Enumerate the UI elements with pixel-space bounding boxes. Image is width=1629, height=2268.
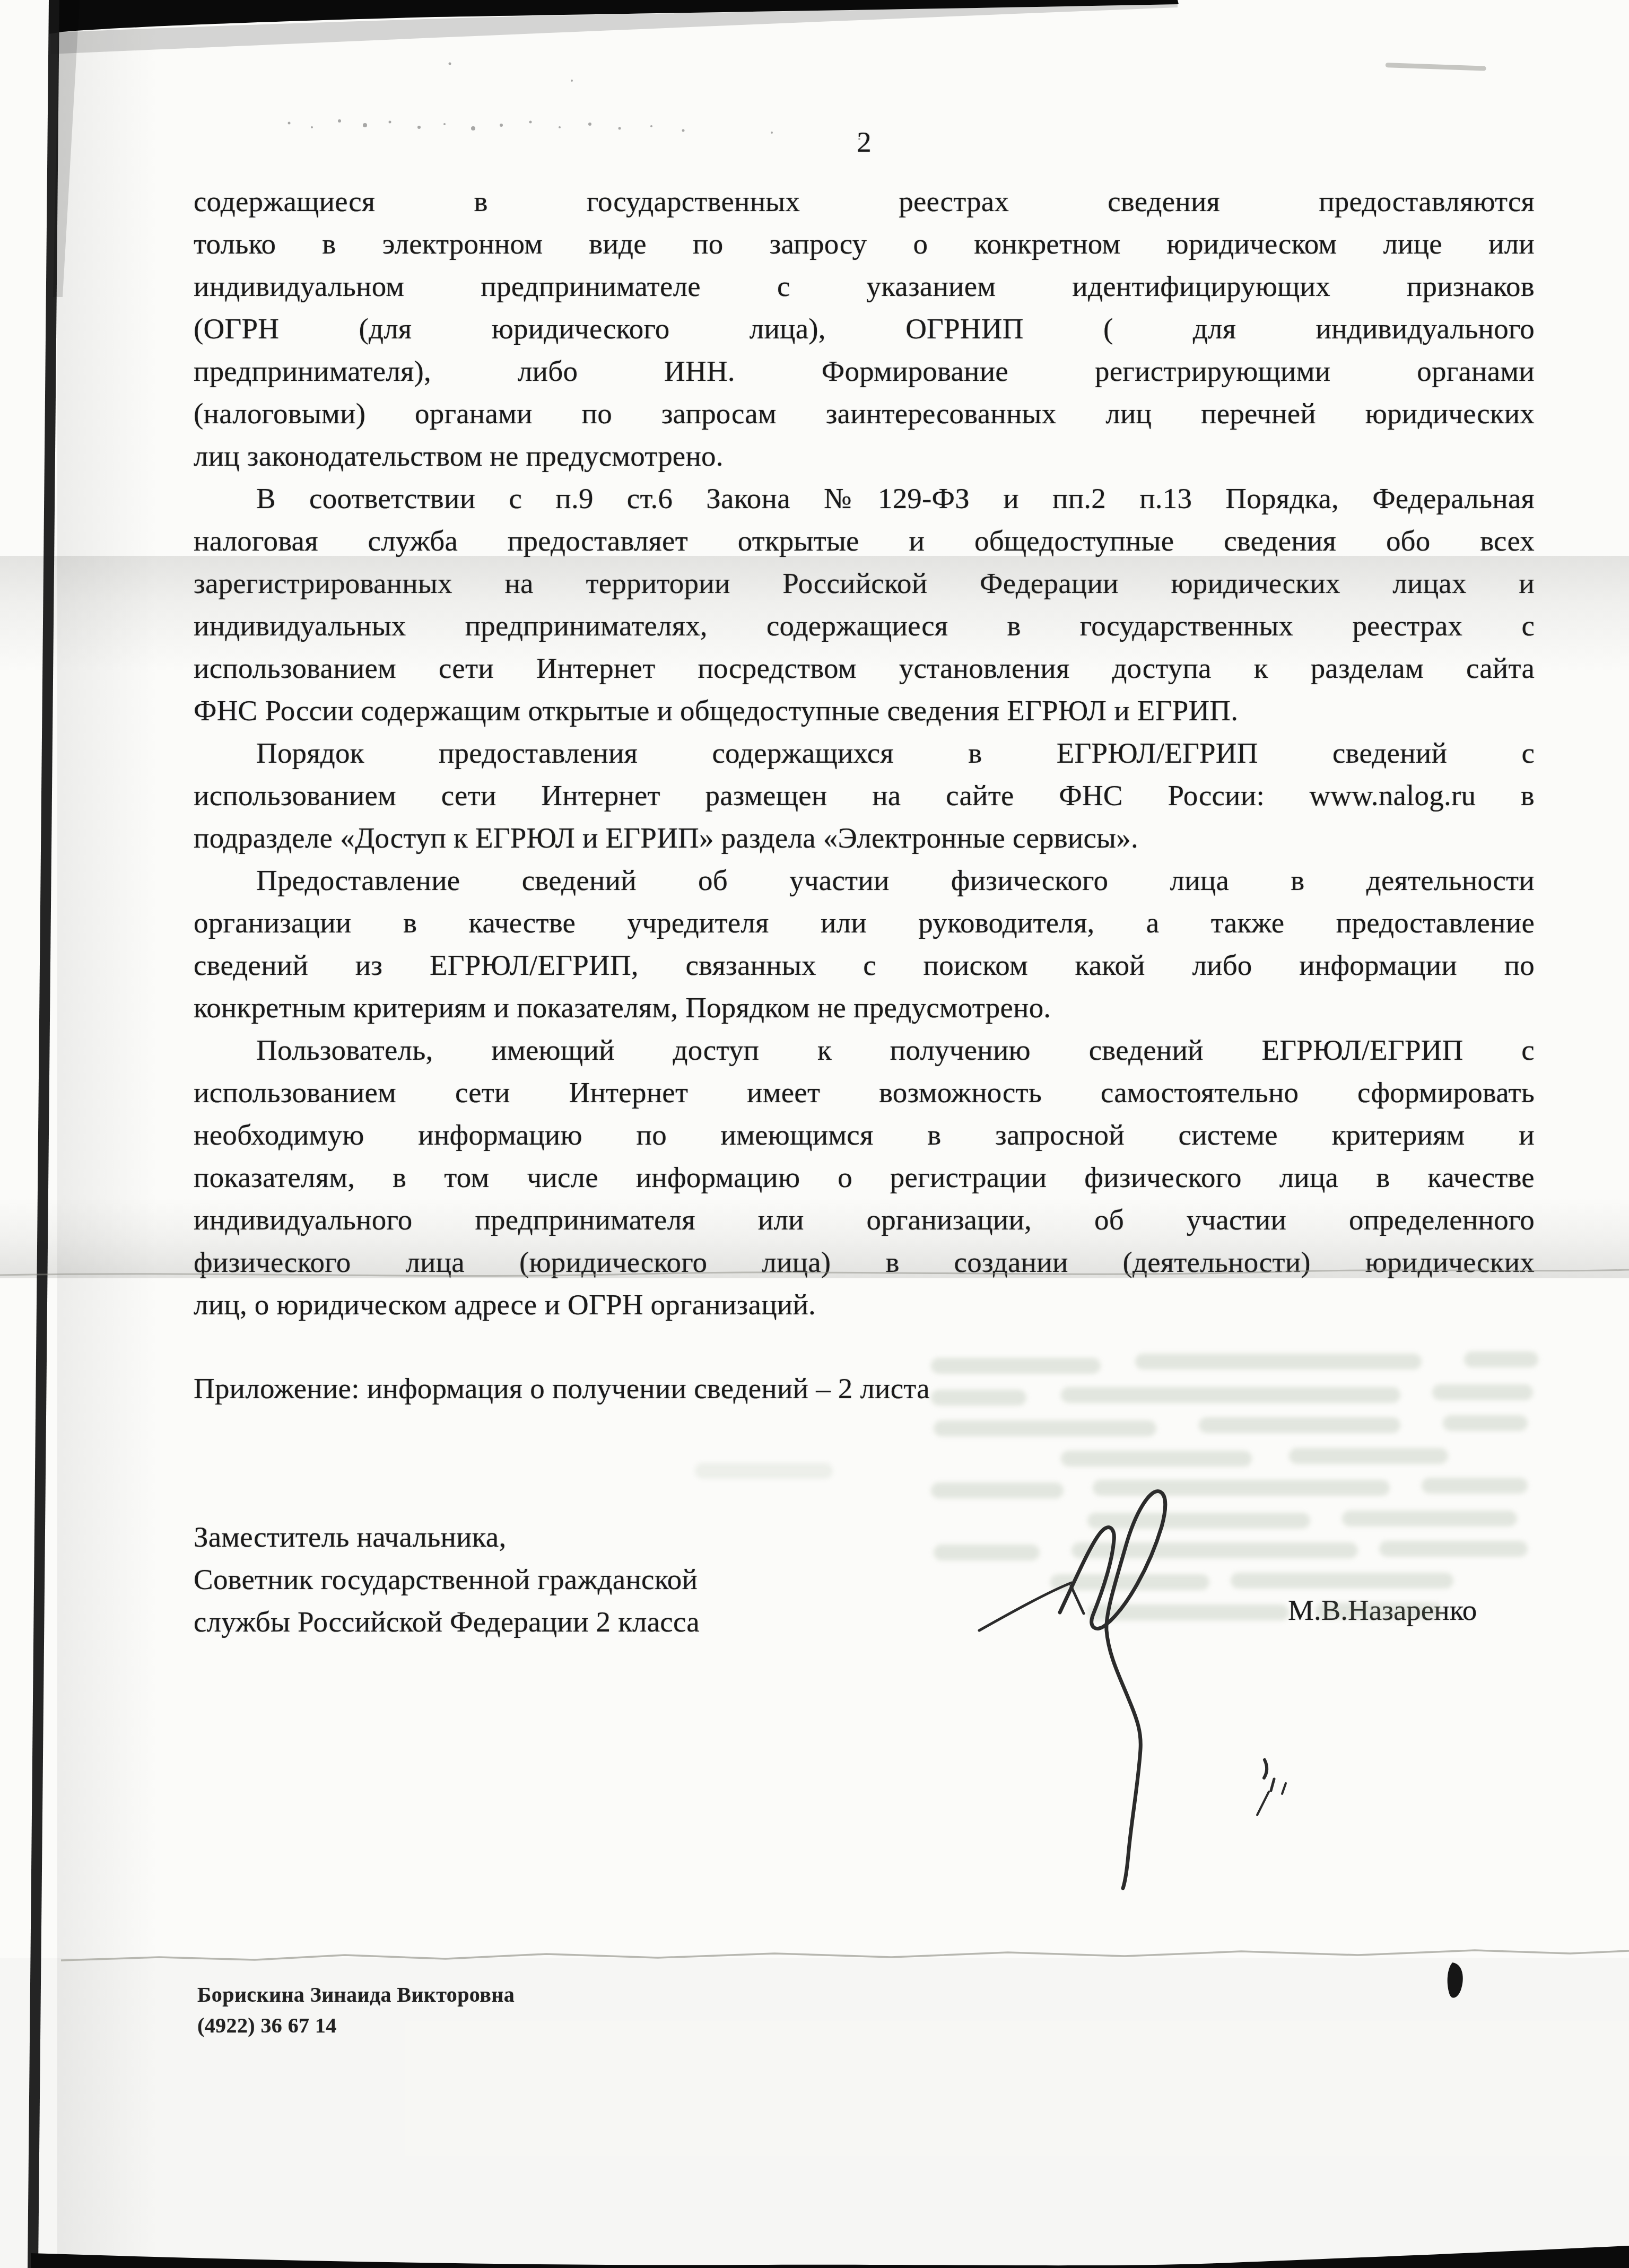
body-line: лиц законодательством не предусмотрено.: [194, 435, 1535, 477]
page-number: 2: [194, 121, 1535, 163]
body-line: показателям, в том числе информацию о ре…: [194, 1156, 1535, 1199]
body-line: использованием сети Интернет размещен на…: [194, 774, 1535, 817]
scan-streak: [1386, 63, 1486, 71]
body-line: зарегистрированных на территории Российс…: [194, 562, 1535, 605]
spine-line-halo: [53, 0, 80, 297]
body-line: Предоставление сведений об участии физич…: [194, 859, 1535, 902]
body-line: лиц, о юридическом адресе и ОГРН организ…: [194, 1284, 1535, 1326]
body-line: индивидуального предпринимателя или орга…: [194, 1199, 1535, 1241]
body-line: В соответствии с п.9 ст.6 Закона №129-ФЗ…: [194, 477, 1535, 520]
body-line: конкретным критериям и показателям, Поря…: [194, 987, 1535, 1029]
body-line: ФНС России содержащим открытые и общедос…: [194, 690, 1535, 732]
spine-line: [28, 0, 59, 2268]
body-line: подразделе «Доступ к ЕГРЮЛ и ЕГРИП» разд…: [194, 817, 1535, 859]
body-line: Порядок предоставления содержащихся в ЕГ…: [194, 732, 1535, 774]
paper-tear-line: [61, 1950, 1629, 1960]
scan-top-edge-fade: [51, 4, 1178, 54]
scan-top-edge: [49, 0, 1179, 34]
body-line: индивидуальных предпринимателях, содержа…: [194, 605, 1535, 647]
executor-phone: (4922) 36 67 14: [197, 2010, 515, 2041]
body-line: налоговая служба предоставляет открытые …: [194, 520, 1535, 562]
body-line: использованием сети Интернет имеет возмо…: [194, 1071, 1535, 1114]
body-line: необходимую информацию по имеющимся в за…: [194, 1114, 1535, 1156]
body-line: индивидуальном предпринимателе с указани…: [194, 265, 1535, 308]
spine-shadow: [57, 0, 158, 2268]
executor-name: Борискина Зинаида Викторовна: [197, 1979, 515, 2010]
body-line: организации в качестве учредителя или ру…: [194, 902, 1535, 944]
attachment-note: Приложение: информация о получении сведе…: [194, 1367, 1535, 1410]
body-line: содержащиеся в государственных реестрах …: [194, 180, 1535, 223]
scanned-letter-page: 2 содержащиеся в государственных реестра…: [0, 0, 1629, 2268]
body-line: (налоговыми) органами по запросам заинте…: [194, 392, 1535, 435]
ink-blob: [1448, 1962, 1463, 1998]
body-line: Пользователь, имеющий доступ к получению…: [194, 1029, 1535, 1071]
body-line: (ОГРН (для юридического лица), ОГРНИП ( …: [194, 308, 1535, 350]
signer-name: М.В.Назаренко: [1288, 1589, 1477, 1632]
letter-body: содержащиеся в государственных реестрах …: [194, 180, 1535, 1326]
body-line: использованием сети Интернет посредством…: [194, 647, 1535, 690]
body-line: только в электронном виде по запросу о к…: [194, 223, 1535, 265]
signoff-title-line: Заместитель начальника,: [194, 1516, 1535, 1558]
body-line: физического лица (юридического лица) в с…: [194, 1241, 1535, 1284]
executor-contact-block: Борискина Зинаида Викторовна (4922) 36 6…: [197, 1979, 515, 2041]
body-line: сведений из ЕГРЮЛ/ЕГРИП, связанных с пои…: [194, 944, 1535, 987]
body-line: предпринимателя), либо ИНН. Формирование…: [194, 350, 1535, 392]
scan-bottom-edge: [31, 2246, 1629, 2268]
